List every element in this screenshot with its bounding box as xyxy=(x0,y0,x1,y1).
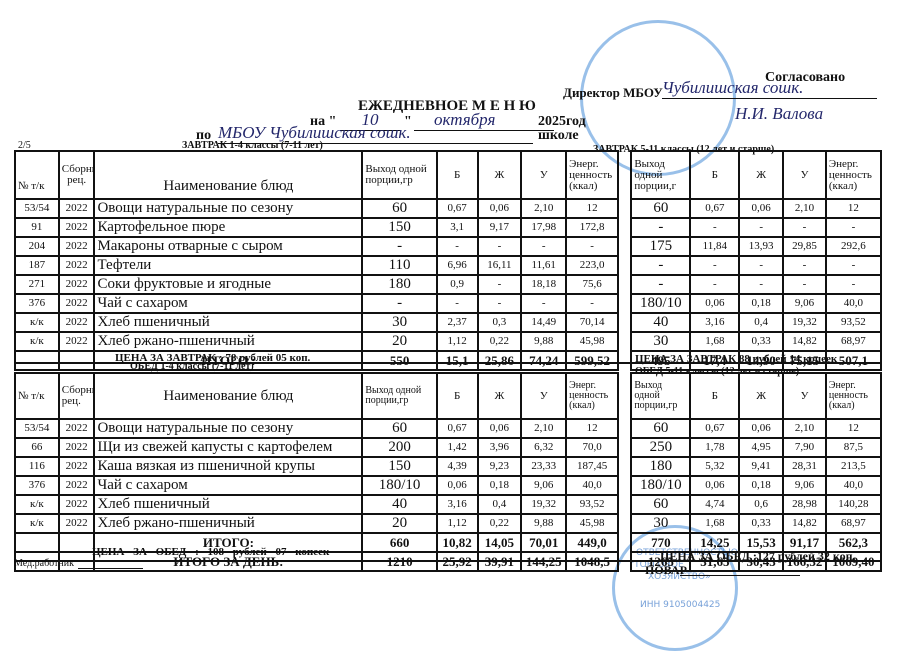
cell-zh: 0,22 xyxy=(478,514,522,533)
gap xyxy=(618,332,631,351)
cell-sbornik: 2022 xyxy=(59,218,95,237)
col-zh-right: Ж xyxy=(739,373,783,419)
cell-b-right: - xyxy=(690,256,739,275)
col-u: У xyxy=(521,373,566,419)
gap xyxy=(618,476,631,495)
col-sbornik: Сборник рец. xyxy=(59,373,95,419)
cell-tk: к/к xyxy=(15,514,59,533)
cell-dish-name: Каша вязкая из пшеничной крупы xyxy=(94,457,362,476)
cell-output-right: 180 xyxy=(631,457,690,476)
col-b-right: Б xyxy=(690,373,739,419)
gap xyxy=(618,313,631,332)
table-row: 1872022Тефтели1106,9616,1111,61223,0----… xyxy=(15,256,881,275)
table-row: 662022Щи из свежей капусты с картофелем2… xyxy=(15,438,881,457)
cell-u: 14,49 xyxy=(521,313,566,332)
cell-dish-name: Хлеб ржано-пшеничный xyxy=(94,514,362,533)
cell-tk: 187 xyxy=(15,256,59,275)
cell-output: 20 xyxy=(362,514,436,533)
cell-sbornik: 2022 xyxy=(59,457,95,476)
cell-energy: 172,8 xyxy=(566,218,618,237)
cell-energy: 75,6 xyxy=(566,275,618,294)
col-u-right: У xyxy=(783,373,826,419)
cell-energy-right: - xyxy=(826,218,881,237)
cell-output: 150 xyxy=(362,218,436,237)
cell-b: 2,37 xyxy=(437,313,478,332)
table-row: к/к2022Хлеб ржано-пшеничный201,120,229,8… xyxy=(15,332,881,351)
cell-zh-right: - xyxy=(739,275,783,294)
cell-sbornik: 2022 xyxy=(59,438,95,457)
gap xyxy=(618,151,631,199)
lunch-left-title: ОБЕД 1-4 классы (7-11 лет) xyxy=(130,361,254,372)
cell-b: 1,12 xyxy=(437,332,478,351)
breakfast-header-row: № т/к Сборник рец. Наименование блюд Вых… xyxy=(15,151,881,199)
table-row: к/к2022Хлеб пшеничный403,160,419,3293,52… xyxy=(15,495,881,514)
col-sbornik: Сборник рец. xyxy=(59,151,95,199)
cell-empty xyxy=(15,533,59,552)
cell-energy: 45,98 xyxy=(566,332,618,351)
lunch-table: № т/к Сборник рец. Наименование блюд Вых… xyxy=(14,372,882,572)
gap xyxy=(618,237,631,256)
col-output-right: Выход одной порции,гр xyxy=(631,373,690,419)
cell-tk: 204 xyxy=(15,237,59,256)
cell-u: - xyxy=(521,237,566,256)
gap xyxy=(618,351,631,370)
cell-u-right: 2,10 xyxy=(783,419,826,438)
cell-b-right: 1,78 xyxy=(690,438,739,457)
cell-energy: 223,0 xyxy=(566,256,618,275)
cell-zh-right: 0,18 xyxy=(739,294,783,313)
cell-b-right: 5,32 xyxy=(690,457,739,476)
cell-dish-name: Макароны отварные с сыром xyxy=(94,237,362,256)
cell-sbornik: 2022 xyxy=(59,294,95,313)
cell-zh-right: - xyxy=(739,256,783,275)
cell-output: 180 xyxy=(362,275,436,294)
cell-u: 18,18 xyxy=(521,275,566,294)
cell-u: - xyxy=(521,294,566,313)
lunch-bottom-line xyxy=(14,560,882,562)
cell-energy-right: 12 xyxy=(826,419,881,438)
cell-b: 1,12 xyxy=(437,514,478,533)
table-row: 2712022Соки фруктовые и ягодные1800,9-18… xyxy=(15,275,881,294)
cell-output-right: 60 xyxy=(631,419,690,438)
cell-b: 1,42 xyxy=(437,438,478,457)
cell-b: - xyxy=(437,237,478,256)
cell-energy: 12 xyxy=(566,199,618,218)
col-output-right: Выход одной порции,г xyxy=(631,151,690,199)
cell-energy-right: 213,5 xyxy=(826,457,881,476)
cell-dish-name: Хлеб пшеничный xyxy=(94,313,362,332)
col-u: У xyxy=(521,151,566,199)
cell-zh-right: 0,18 xyxy=(739,476,783,495)
cell-dish-name: Соки фруктовые и ягодные xyxy=(94,275,362,294)
cell-sbornik: 2022 xyxy=(59,514,95,533)
cell-tk: 66 xyxy=(15,438,59,457)
total-value: 25,86 xyxy=(478,351,522,370)
cell-u-right: 7,90 xyxy=(783,438,826,457)
cell-output: - xyxy=(362,237,436,256)
cell-energy-right: 12 xyxy=(826,199,881,218)
cell-u-right: 14,82 xyxy=(783,332,826,351)
cell-output-right: 30 xyxy=(631,514,690,533)
cell-u-right: - xyxy=(783,218,826,237)
cell-sbornik: 2022 xyxy=(59,495,95,514)
cell-energy-right: 93,52 xyxy=(826,313,881,332)
cell-energy: 12 xyxy=(566,419,618,438)
cell-b-right: 1,68 xyxy=(690,514,739,533)
cell-sbornik: 2022 xyxy=(59,275,95,294)
med-worker-label: Мед.работник xyxy=(14,558,74,569)
cell-energy: 70,0 xyxy=(566,438,618,457)
cell-zh: 0,18 xyxy=(478,476,522,495)
col-b: Б xyxy=(437,373,478,419)
cell-zh-right: 0,6 xyxy=(739,495,783,514)
cell-sbornik: 2022 xyxy=(59,332,95,351)
lunch-price-left: ЦЕНА ЗА ОБЕД : 108 рублей 07 копеек xyxy=(92,546,329,558)
cell-tk: 116 xyxy=(15,457,59,476)
gap xyxy=(618,275,631,294)
cell-b: 0,67 xyxy=(437,199,478,218)
col-output: Выход одной порции,гр xyxy=(362,373,436,419)
cell-energy: 70,14 xyxy=(566,313,618,332)
cell-output: 30 xyxy=(362,313,436,332)
col-zh: Ж xyxy=(478,373,522,419)
cell-u: 11,61 xyxy=(521,256,566,275)
cell-energy-right: 292,6 xyxy=(826,237,881,256)
cell-b-right: - xyxy=(690,275,739,294)
cell-dish-name: Щи из свежей капусты с картофелем xyxy=(94,438,362,457)
cell-u-right: 2,10 xyxy=(783,199,826,218)
cell-energy-right: 68,97 xyxy=(826,514,881,533)
cell-sbornik: 2022 xyxy=(59,199,95,218)
cell-b-right: 0,67 xyxy=(690,199,739,218)
director-name-handwritten: Н.И. Валова xyxy=(735,104,823,124)
cell-u-right: 9,06 xyxy=(783,476,826,495)
cell-energy-right: 40,0 xyxy=(826,476,881,495)
total-value: 14,05 xyxy=(478,533,522,552)
cell-u-right: 28,31 xyxy=(783,457,826,476)
cell-energy-right: 87,5 xyxy=(826,438,881,457)
cell-tk: 271 xyxy=(15,275,59,294)
col-b: Б xyxy=(437,151,478,199)
lunch-header-row: № т/к Сборник рец. Наименование блюд Вых… xyxy=(15,373,881,419)
cell-u-right: 9,06 xyxy=(783,294,826,313)
col-tk: № т/к xyxy=(15,373,59,419)
cell-output-right: - xyxy=(631,256,690,275)
cell-u-right: 28,98 xyxy=(783,495,826,514)
cell-u: 23,33 xyxy=(521,457,566,476)
cell-zh: 0,4 xyxy=(478,495,522,514)
col-tk: № т/к xyxy=(15,151,59,199)
cell-empty xyxy=(59,351,95,370)
cell-b: 0,9 xyxy=(437,275,478,294)
cell-dish-name: Хлеб ржано-пшеничный xyxy=(94,332,362,351)
cell-zh-right: - xyxy=(739,218,783,237)
cell-tk: 53/54 xyxy=(15,419,59,438)
cell-dish-name: Картофельное пюре xyxy=(94,218,362,237)
total-value: 70,01 xyxy=(521,533,566,552)
cook-signature-line xyxy=(680,575,800,576)
school-suffix: школе xyxy=(538,128,579,144)
cell-output-right: 30 xyxy=(631,332,690,351)
cell-output-right: 180/10 xyxy=(631,476,690,495)
cell-zh: 0,3 xyxy=(478,313,522,332)
cell-output: 150 xyxy=(362,457,436,476)
cell-u: 9,06 xyxy=(521,476,566,495)
cell-energy: 187,45 xyxy=(566,457,618,476)
cell-energy: 45,98 xyxy=(566,514,618,533)
cell-dish-name: Хлеб пшеничный xyxy=(94,495,362,514)
gap xyxy=(618,373,631,419)
cell-zh-right: 0,33 xyxy=(739,514,783,533)
cell-b-right: 0,67 xyxy=(690,419,739,438)
col-output: Выход одной порции,гр xyxy=(362,151,436,199)
cell-energy: - xyxy=(566,237,618,256)
cell-energy-right: - xyxy=(826,256,881,275)
gap xyxy=(618,495,631,514)
cell-zh: 0,06 xyxy=(478,199,522,218)
total-value: 10,82 xyxy=(437,533,478,552)
cell-b: 4,39 xyxy=(437,457,478,476)
table-row: 53/542022Овощи натуральные по сезону600,… xyxy=(15,419,881,438)
cell-energy: - xyxy=(566,294,618,313)
col-zh: Ж xyxy=(478,151,522,199)
cell-empty xyxy=(15,351,59,370)
cell-u-right: 29,85 xyxy=(783,237,826,256)
gap xyxy=(618,533,631,552)
stamp-line: ИНН 9105004425 xyxy=(640,600,720,610)
cell-energy-right: 40,0 xyxy=(826,294,881,313)
gap xyxy=(618,438,631,457)
cell-b-right: 0,06 xyxy=(690,476,739,495)
table-row: 912022Картофельное пюре1503,19,1717,9817… xyxy=(15,218,881,237)
cell-energy-right: 68,97 xyxy=(826,332,881,351)
table-row: к/к2022Хлеб пшеничный302,370,314,4970,14… xyxy=(15,313,881,332)
cell-output-right: - xyxy=(631,218,690,237)
col-energy-right: Энерг. ценность (ккал) xyxy=(826,373,881,419)
cell-sbornik: 2022 xyxy=(59,419,95,438)
cell-output-right: 175 xyxy=(631,237,690,256)
table-row: 53/542022Овощи натуральные по сезону600,… xyxy=(15,199,881,218)
cell-b-right: 11,84 xyxy=(690,237,739,256)
cell-b: 0,06 xyxy=(437,476,478,495)
cell-output-right: 60 xyxy=(631,199,690,218)
cell-tk: 376 xyxy=(15,476,59,495)
cell-zh: - xyxy=(478,275,522,294)
cell-sbornik: 2022 xyxy=(59,313,95,332)
cell-b-right: 0,06 xyxy=(690,294,739,313)
cell-zh: 3,96 xyxy=(478,438,522,457)
cell-zh: - xyxy=(478,237,522,256)
table-row: 1162022Каша вязкая из пшеничной крупы150… xyxy=(15,457,881,476)
cell-energy-right: - xyxy=(826,275,881,294)
cell-empty xyxy=(59,533,95,552)
cell-output-right: 250 xyxy=(631,438,690,457)
director-school-handwritten: Чубилишская сошк. xyxy=(662,78,877,99)
cell-zh: 0,22 xyxy=(478,332,522,351)
cell-tk: к/к xyxy=(15,332,59,351)
cell-output-right: 180/10 xyxy=(631,294,690,313)
cell-b: 3,1 xyxy=(437,218,478,237)
cell-zh-right: 0,06 xyxy=(739,199,783,218)
gap xyxy=(618,199,631,218)
gap xyxy=(618,457,631,476)
cell-zh-right: 0,4 xyxy=(739,313,783,332)
col-name: Наименование блюд xyxy=(94,373,362,419)
table-row: к/к2022Хлеб ржано-пшеничный201,120,229,8… xyxy=(15,514,881,533)
cell-u: 2,10 xyxy=(521,419,566,438)
col-u-right: У xyxy=(783,151,826,199)
cell-output: 110 xyxy=(362,256,436,275)
cell-u-right: - xyxy=(783,256,826,275)
total-value: 449,0 xyxy=(566,533,618,552)
col-zh-right: Ж xyxy=(739,151,783,199)
cell-tk: к/к xyxy=(15,313,59,332)
cell-sbornik: 2022 xyxy=(59,476,95,495)
cell-u-right: 19,32 xyxy=(783,313,826,332)
cell-zh: 16,11 xyxy=(478,256,522,275)
col-b-right: Б xyxy=(690,151,739,199)
cell-zh: 0,06 xyxy=(478,419,522,438)
gap xyxy=(618,514,631,533)
cell-b-right: 3,16 xyxy=(690,313,739,332)
cell-b-right: 4,74 xyxy=(690,495,739,514)
med-worker-signature-line xyxy=(78,568,143,569)
cell-dish-name: Овощи натуральные по сезону xyxy=(94,419,362,438)
cell-output-right: - xyxy=(631,275,690,294)
table-row: 3762022Чай с сахаром180/100,060,189,0640… xyxy=(15,476,881,495)
col-name: Наименование блюд xyxy=(94,151,362,199)
director-label: Директор МБОУ xyxy=(563,85,663,101)
total-value: 599,52 xyxy=(566,351,618,370)
cell-output: 60 xyxy=(362,199,436,218)
cell-u: 19,32 xyxy=(521,495,566,514)
cell-tk: 53/54 xyxy=(15,199,59,218)
total-value: 15,1 xyxy=(437,351,478,370)
cell-output: 20 xyxy=(362,332,436,351)
col-energy: Энерг. ценность (ккал) xyxy=(566,151,618,199)
cell-u: 17,98 xyxy=(521,218,566,237)
cell-u-right: - xyxy=(783,275,826,294)
cell-tk: 91 xyxy=(15,218,59,237)
col-energy: Энерг. ценность (ккал) xyxy=(566,373,618,419)
cell-output-right: 40 xyxy=(631,313,690,332)
cell-zh: - xyxy=(478,294,522,313)
cell-u: 2,10 xyxy=(521,199,566,218)
table-row: 2042022Макароны отварные с сыром-----175… xyxy=(15,237,881,256)
table-row: 3762022Чай с сахаром-----180/100,060,189… xyxy=(15,294,881,313)
cell-b: 6,96 xyxy=(437,256,478,275)
cell-zh: 9,23 xyxy=(478,457,522,476)
cell-output-right: 60 xyxy=(631,495,690,514)
total-value: 550 xyxy=(362,351,436,370)
cell-dish-name: Чай с сахаром xyxy=(94,294,362,313)
cell-sbornik: 2022 xyxy=(59,237,95,256)
cell-output: 180/10 xyxy=(362,476,436,495)
cell-zh: 9,17 xyxy=(478,218,522,237)
cell-zh-right: 4,95 xyxy=(739,438,783,457)
cell-output: - xyxy=(362,294,436,313)
col-energy-right: Энерг. ценность (ккал) xyxy=(826,151,881,199)
cell-b: - xyxy=(437,294,478,313)
breakfast-table: № т/к Сборник рец. Наименование блюд Вых… xyxy=(14,150,882,371)
gap xyxy=(618,256,631,275)
cell-b: 0,67 xyxy=(437,419,478,438)
cell-output: 40 xyxy=(362,495,436,514)
gap xyxy=(618,294,631,313)
cell-u-right: 14,82 xyxy=(783,514,826,533)
total-value: 74,24 xyxy=(521,351,566,370)
cell-output: 60 xyxy=(362,419,436,438)
cell-u: 9,88 xyxy=(521,514,566,533)
cell-b-right: - xyxy=(690,218,739,237)
cell-b: 3,16 xyxy=(437,495,478,514)
cell-tk: 376 xyxy=(15,294,59,313)
cell-output: 200 xyxy=(362,438,436,457)
cell-u: 6,32 xyxy=(521,438,566,457)
total-value: 660 xyxy=(362,533,436,552)
cell-tk: к/к xyxy=(15,495,59,514)
cell-u: 9,88 xyxy=(521,332,566,351)
cell-zh-right: 0,06 xyxy=(739,419,783,438)
cell-b-right: 1,68 xyxy=(690,332,739,351)
gap xyxy=(618,218,631,237)
cell-dish-name: Чай с сахаром xyxy=(94,476,362,495)
cell-dish-name: Овощи натуральные по сезону xyxy=(94,199,362,218)
cell-energy: 93,52 xyxy=(566,495,618,514)
gap xyxy=(618,419,631,438)
cell-energy: 40,0 xyxy=(566,476,618,495)
cell-energy-right: 140,28 xyxy=(826,495,881,514)
cell-zh-right: 13,93 xyxy=(739,237,783,256)
cell-zh-right: 0,33 xyxy=(739,332,783,351)
cell-sbornik: 2022 xyxy=(59,256,95,275)
cell-zh-right: 9,41 xyxy=(739,457,783,476)
cell-dish-name: Тефтели xyxy=(94,256,362,275)
